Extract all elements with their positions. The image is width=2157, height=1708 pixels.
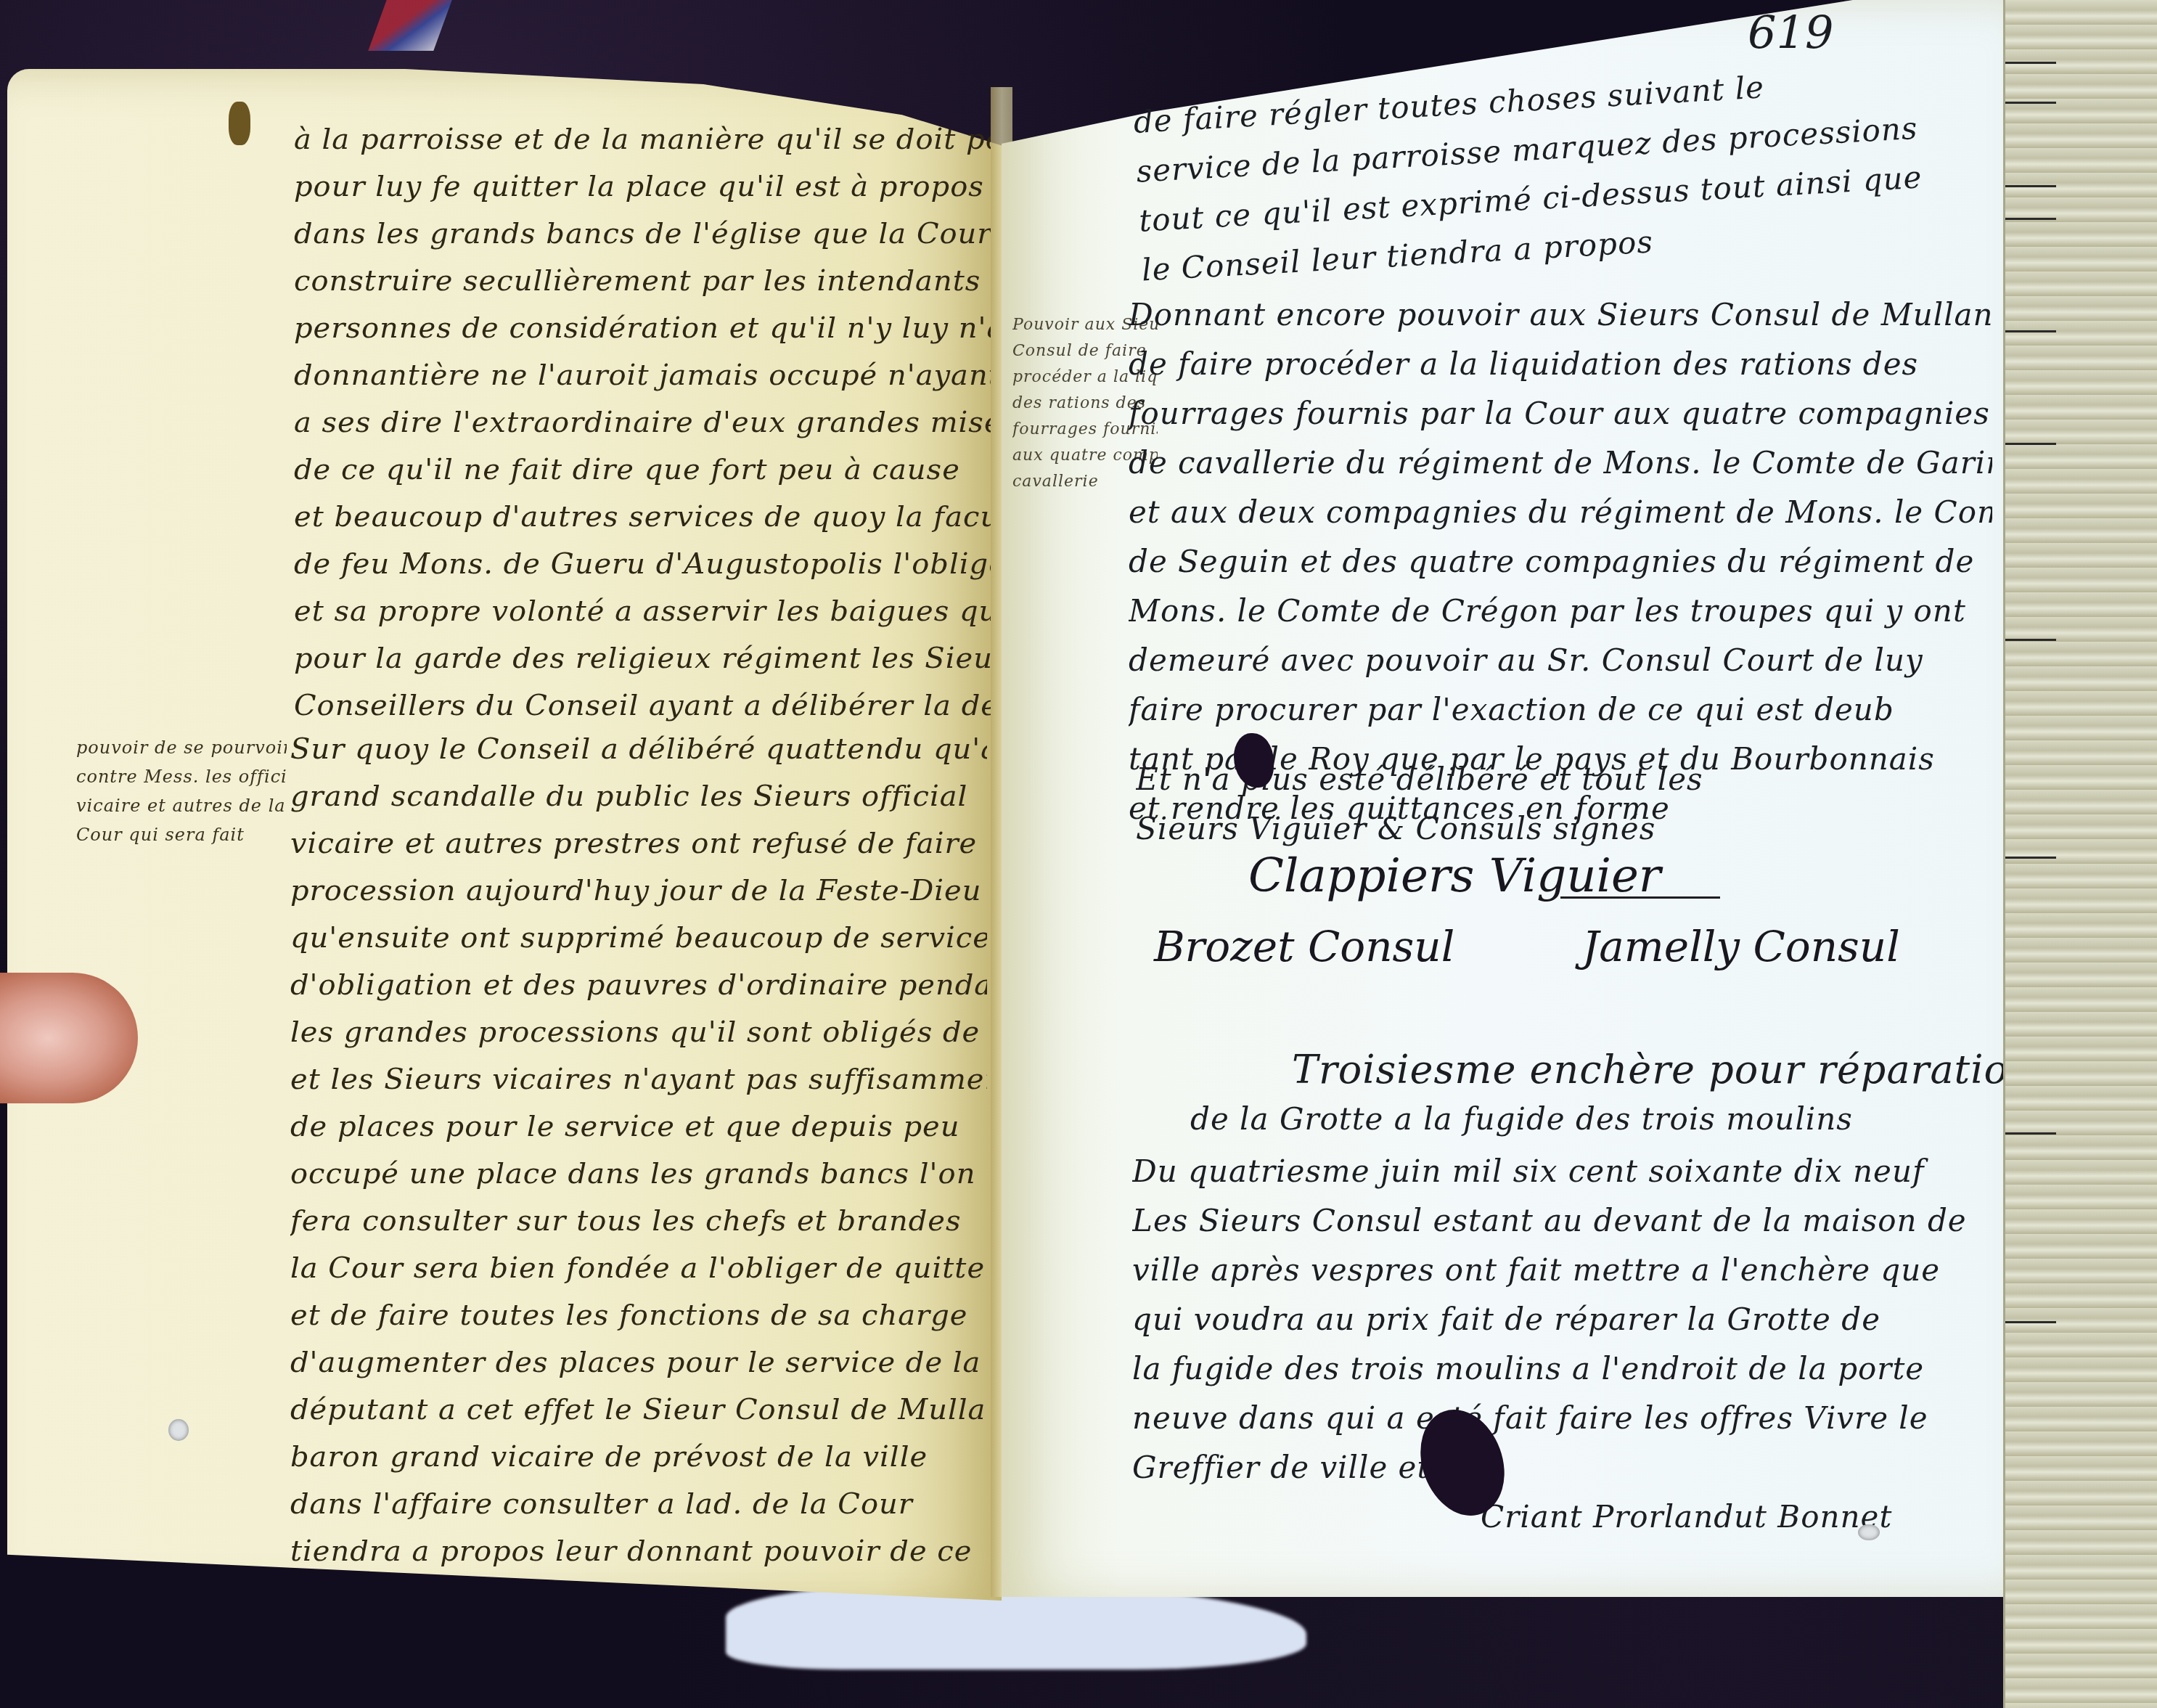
text-line: fourrages fournis par la Cour aux quatre… [1129, 389, 1992, 438]
signature-consul-1: Brozet Consul [1154, 922, 1454, 971]
text-line: la Cour sera bien fondée a l'obliger de … [290, 1245, 987, 1292]
text-line: grand scandalle du public les Sieurs off… [290, 773, 987, 820]
text-line: qu'ensuite ont supprimé beaucoup de serv… [290, 915, 987, 962]
left-page-text-upper: à la parroisse et de la manière qu'il se… [294, 116, 991, 730]
text-line: qui voudra au prix fait de réparer la Gr… [1132, 1295, 1989, 1344]
thumb-holding-page [0, 973, 138, 1103]
margin-line: pouvoir de se pourvoir [76, 733, 287, 762]
page-hole [168, 1419, 189, 1441]
text-line: d'augmenter des places pour le service d… [290, 1339, 987, 1386]
text-line: et les Sieurs vicaires n'ayant pas suffi… [290, 1056, 987, 1103]
section-heading: Troisiesme enchère pour réparation de la… [1190, 1045, 2003, 1144]
text-line: et aux deux compagnies du régiment de Mo… [1129, 488, 1992, 537]
text-line: personnes de considération et qu'il n'y … [294, 305, 991, 352]
text-line: députant a cet effet le Sieur Consul de … [290, 1386, 987, 1434]
signed-line: Sieurs Viguier & Consuls signés [1136, 804, 1992, 854]
text-line: tiendra a propos leur donnant pouvoir de… [290, 1528, 987, 1575]
heading-line: de la Grotte a la fugide des trois mouli… [1190, 1095, 2003, 1144]
text-line: Les Sieurs Consul estant au devant de la… [1132, 1196, 1989, 1246]
text-line: de ce qu'il ne fait dire que fort peu à … [294, 446, 991, 494]
text-line: Conseillers du Conseil ayant a délibérer… [294, 682, 991, 730]
text-line: pour la garde des religieux régiment les… [294, 635, 991, 682]
ink-stain [229, 102, 250, 145]
text-line: de places pour le service et que depuis … [290, 1103, 987, 1151]
text-line: les grandes processions qu'il sont oblig… [290, 1009, 987, 1056]
text-line: faire procurer par l'exaction de ce qui … [1129, 685, 1992, 735]
text-line: demeuré avec pouvoir au Sr. Consul Court… [1129, 636, 1992, 685]
text-line: Donnant encore pouvoir aux Sieurs Consul… [1129, 290, 1992, 340]
page-fore-edge [2003, 0, 2157, 1708]
text-line: a ses dire l'extraordinaire d'eux grande… [294, 399, 991, 446]
text-line: de feu Mons. de Gueru d'Augustopolis l'o… [294, 541, 991, 588]
right-page-text-lower: Du quatriesme juin mil six cent soixante… [1132, 1147, 1989, 1542]
text-line: Mons. le Comte de Crégon par les troupes… [1129, 587, 1992, 636]
text-line: et beaucoup d'autres services de quoy la… [294, 494, 991, 541]
text-line: de cavallerie du régiment de Mons. le Co… [1129, 438, 1992, 488]
text-line: fera consulter sur tous les chefs et bra… [290, 1198, 987, 1245]
text-line: Greffier de ville et [1132, 1443, 1989, 1492]
margin-line: Cour qui sera fait [76, 820, 287, 849]
text-line: pour luy fe quitter la place qu'il est à… [294, 163, 991, 211]
left-page-text-lower: Sur quoy le Conseil a délibéré quattendu… [290, 726, 987, 1575]
margin-line: contre Mess. les official [76, 762, 287, 791]
text-line: vicaire et autres prestres ont refusé de… [290, 820, 987, 867]
text-line: neuve dans qui a esté fait faire les off… [1132, 1394, 1989, 1443]
signature-underline [1560, 896, 1720, 899]
signature-consul-2: Jamelly Consul [1582, 922, 1900, 971]
text-line: la fugide des trois moulins a l'endroit … [1132, 1344, 1989, 1394]
margin-line: vicaire et autres de la [76, 791, 287, 820]
text-line: dans l'affaire consulter a lad. de la Co… [290, 1481, 987, 1528]
text-line: d'obligation et des pauvres d'ordinaire … [290, 962, 987, 1009]
text-line: de Seguin et des quatre compagnies du ré… [1129, 537, 1992, 587]
signature-viguier: Clappiers Viguier [1248, 849, 1661, 903]
left-margin-note: pouvoir de se pourvoir contre Mess. les … [76, 733, 287, 849]
text-line: construire secullièrement par les intend… [294, 258, 991, 305]
text-line: et de faire toutes les fonctions de sa c… [290, 1292, 987, 1339]
text-line: à la parroisse et de la manière qu'il se… [294, 116, 991, 163]
text-line: occupé une place dans les grands bancs l… [290, 1151, 987, 1198]
page-hole [1858, 1524, 1880, 1540]
text-line: Sur quoy le Conseil a délibéré quattendu… [290, 726, 987, 773]
text-line: Du quatriesme juin mil six cent soixante… [1132, 1147, 1989, 1196]
text-line: de faire procéder a la liquidation des r… [1129, 340, 1992, 389]
text-line: ville après vespres ont fait mettre a l'… [1132, 1246, 1989, 1295]
text-line: baron grand vicaire de prévost de la vil… [290, 1434, 987, 1481]
text-line: et sa propre volonté a asservir les baig… [294, 588, 991, 635]
heading-line: Troisiesme enchère pour réparation [1190, 1045, 2003, 1095]
text-line: dans les grands bancs de l'église que la… [294, 211, 991, 258]
page-number: 619 [1748, 6, 1833, 59]
text-line: procession aujourd'huy jour de la Feste-… [290, 867, 987, 915]
text-line: donnantière ne l'auroit jamais occupé n'… [294, 352, 991, 399]
